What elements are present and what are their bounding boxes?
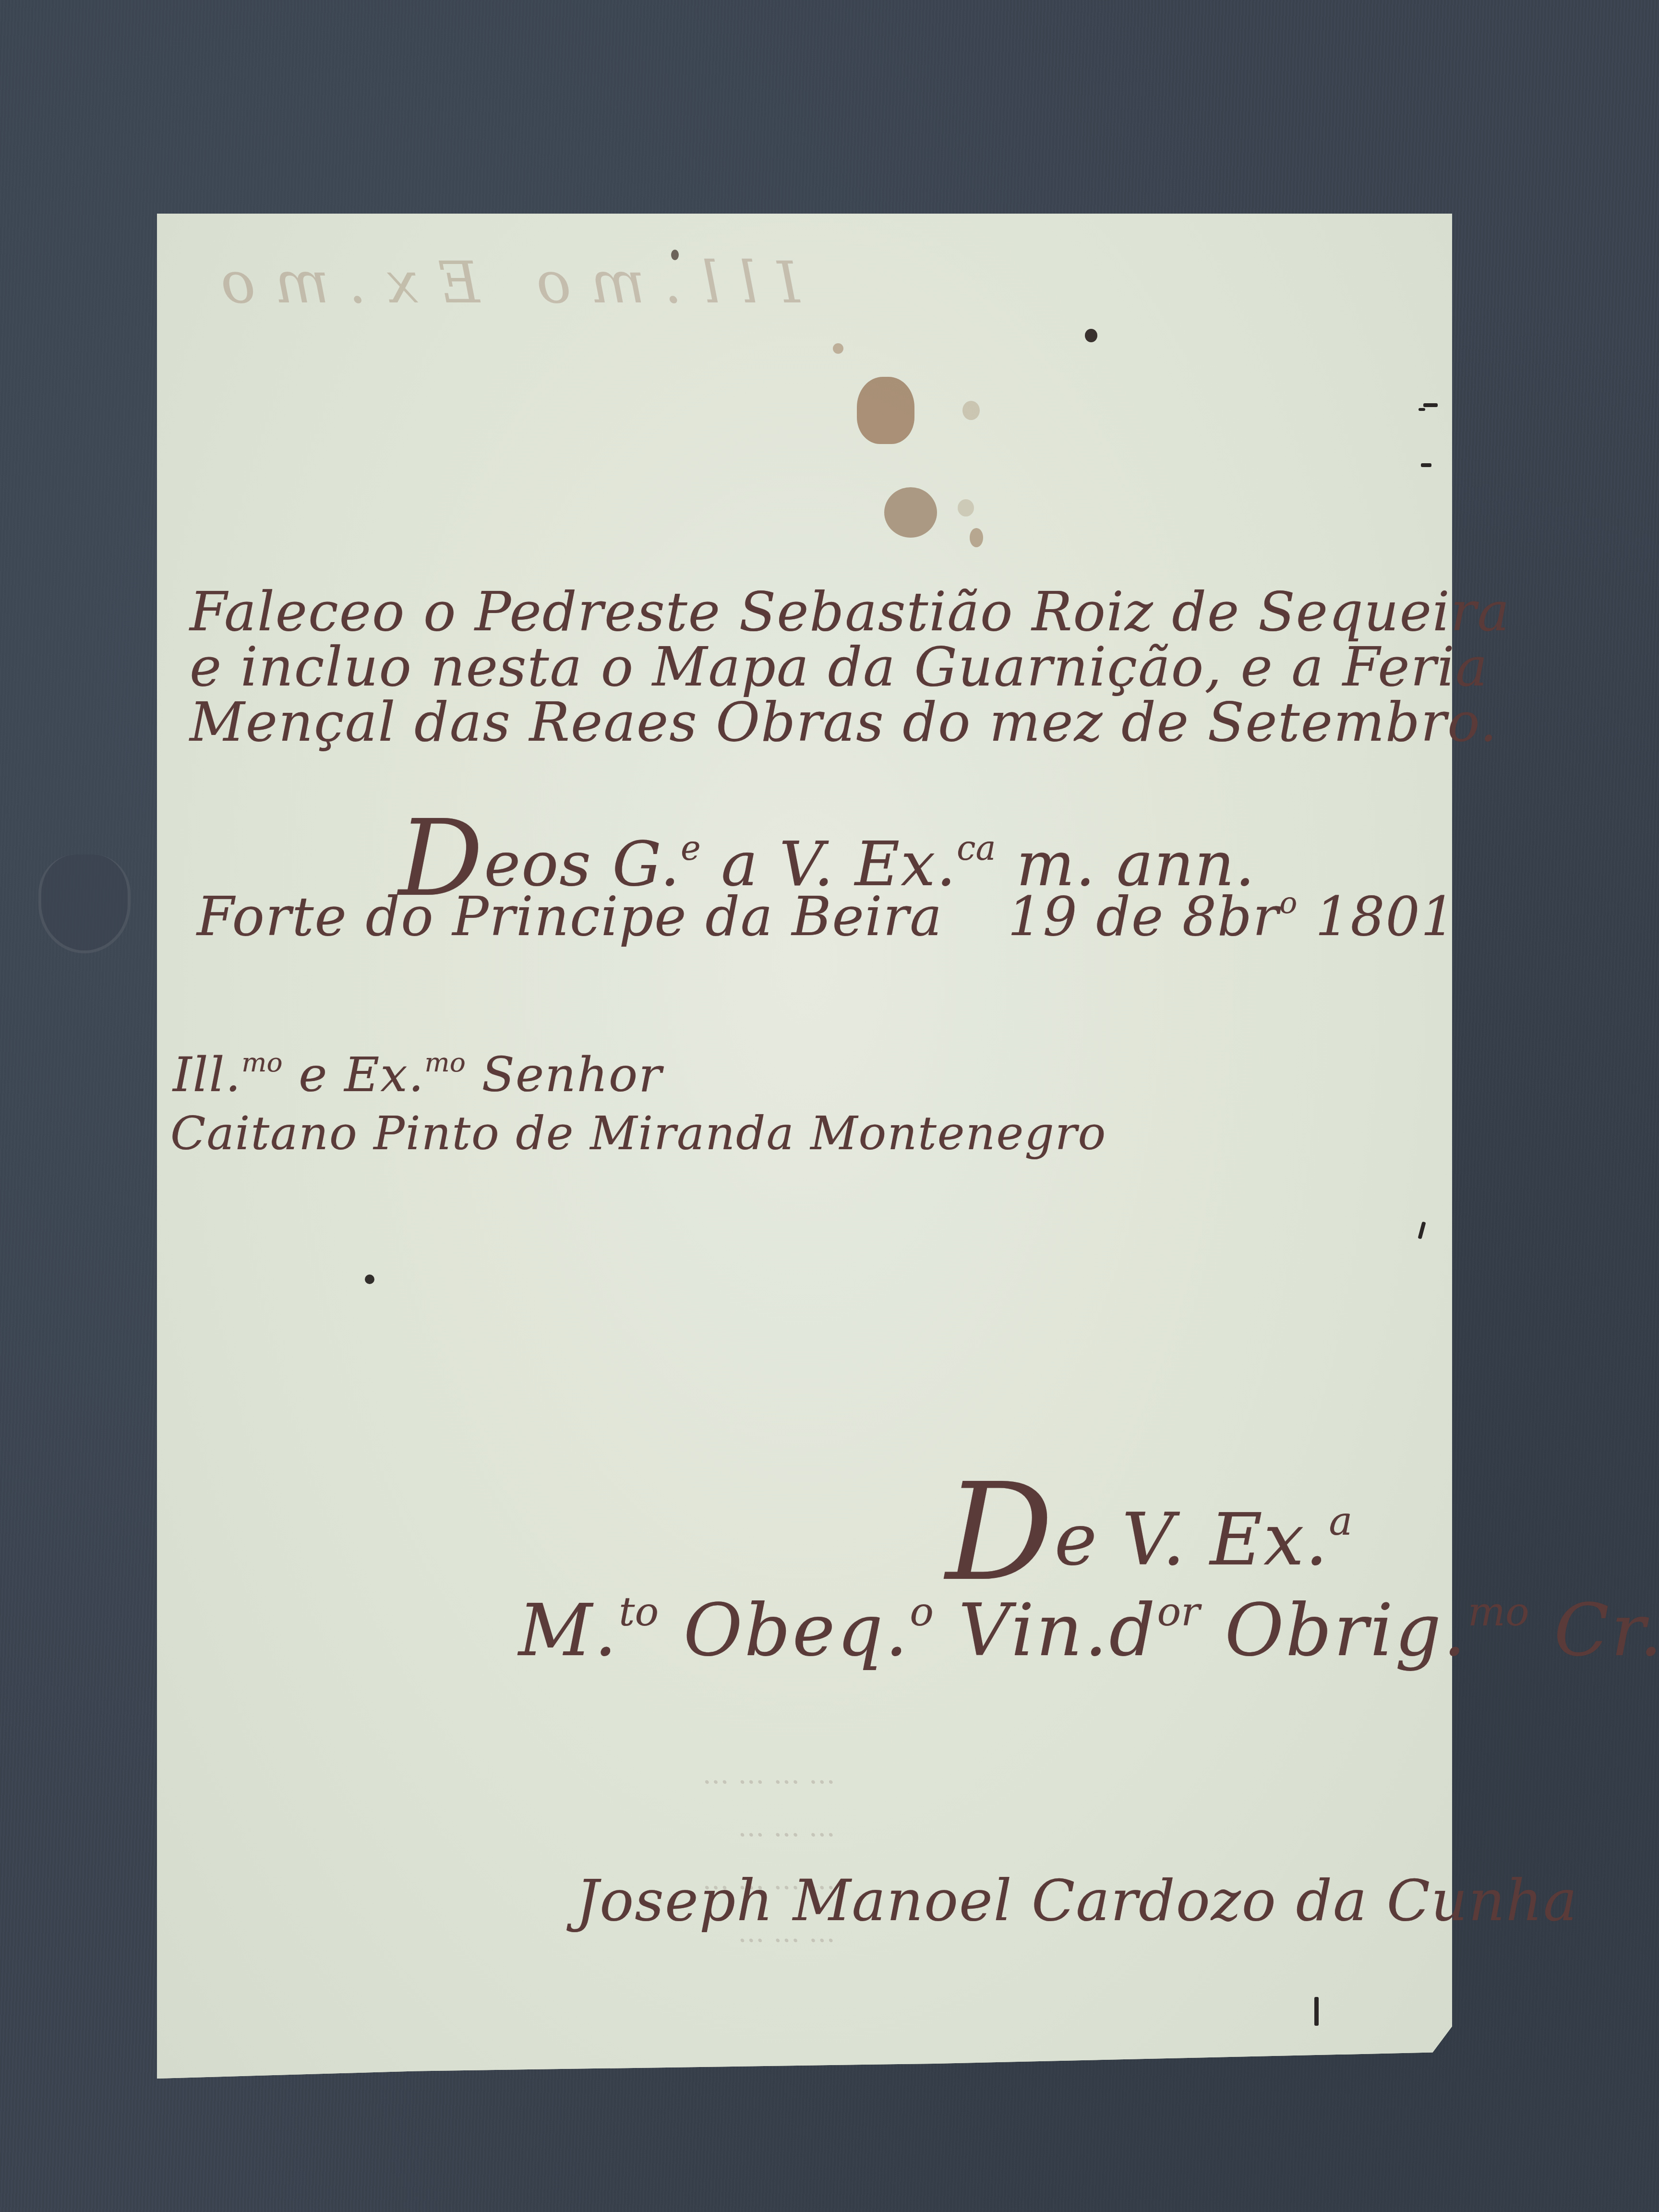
salutation-text-3: Senhor [466,1046,662,1103]
closing-sup-1: e [681,829,701,868]
mount-board-indent [38,854,131,953]
date-day: 19 [1008,886,1078,948]
date-month: de 8br [1096,886,1279,948]
salutation-sup-2: mo [424,1047,465,1078]
valediction-text-2: Obeq. [659,1589,910,1672]
deference-text: e V. Ex. [1055,1498,1329,1582]
margin-mark [1423,403,1438,407]
margin-mark [1421,463,1431,467]
deference-line: De V. Ex.a [946,1455,1352,1611]
valediction-text-1: M. [518,1589,619,1672]
date-month-sup: o [1279,886,1297,920]
salutation-text-1: Ill. [173,1046,241,1103]
deference-sup: a [1329,1498,1352,1544]
valediction-sup-4: mo [1468,1589,1529,1635]
valediction-sup-1: to [619,1589,659,1635]
margin-mark [1314,1997,1319,2026]
valediction-line: M.to Obeq.o Vin.dor Obrig.mo Cr. [518,1589,1659,1672]
salutation-sup-1: mo [241,1047,282,1078]
addressee-name: Caitano Pinto de Miranda Montenegro [170,1106,1106,1160]
body-line-3: Mençal das Reaes Obras do mez de Setembr… [190,691,1498,754]
valediction-text-3: Vin.d [934,1589,1157,1672]
salutation: Ill.mo e Ex.mo Senhor [173,1046,662,1103]
closing-sup-2: ca [957,829,996,868]
margin-mark [1419,408,1425,411]
deference-initial: D [946,1455,1055,1611]
date-year: 1801 [1315,886,1456,948]
valediction-text-4: Obrig. [1200,1589,1468,1672]
signature: Joseph Manoel Cardozo da Cunha [576,1867,1578,1934]
salutation-text-2: e Ex. [283,1046,425,1103]
valediction-sup-2: o [910,1589,934,1635]
valediction-text-5: Cr. [1529,1589,1659,1672]
body-line-1: Faleceo o Pedreste Sebastião Roiz de Seq… [190,581,1510,643]
place: Forte do Principe da Beira [197,886,943,948]
valediction-sup-3: or [1157,1589,1200,1635]
body-line-2: e incluo nesta o Mapa da Guarnição, e a … [190,636,1489,698]
place-date-line: Forte do Principe da Beira 19 de 8bro 18… [197,886,1456,948]
